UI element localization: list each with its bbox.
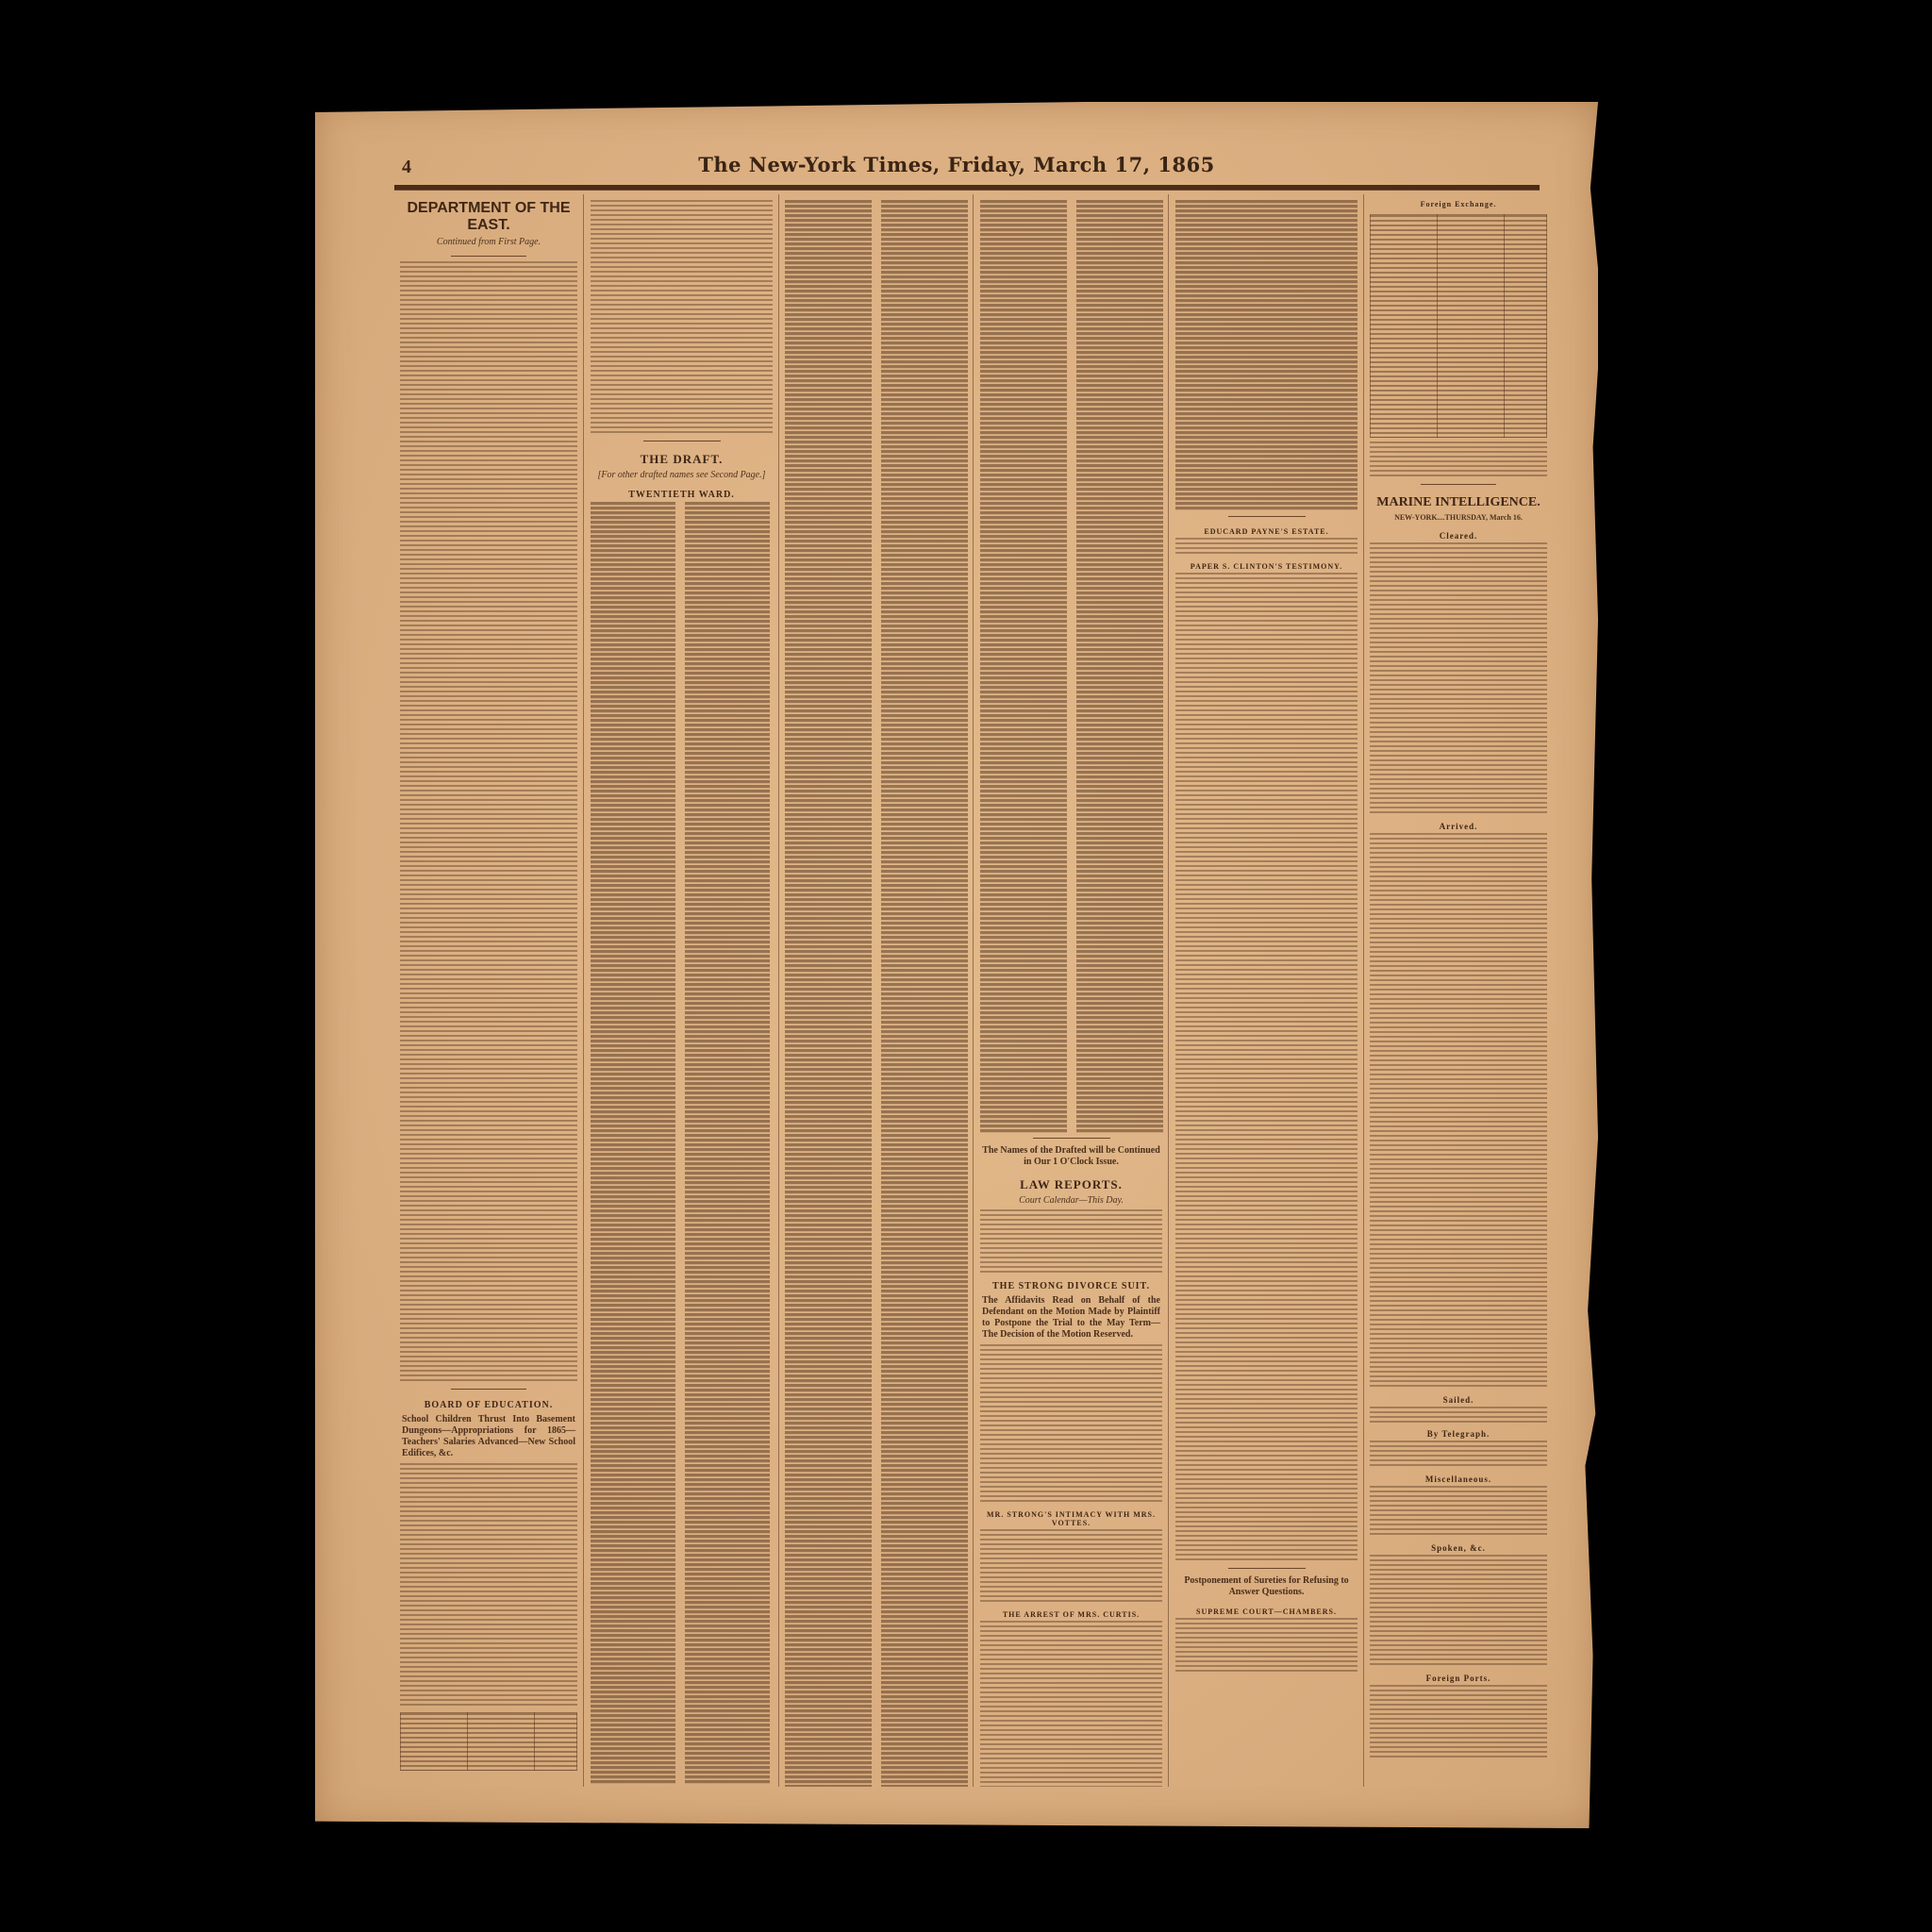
divider xyxy=(1228,516,1306,517)
headline-supreme-court-chambers: SUPREME COURT—CHAMBERS. xyxy=(1170,1602,1363,1618)
headline-arrived: Arrived. xyxy=(1364,816,1553,833)
headline-board-of-education: BOARD OF EDUCATION. xyxy=(394,1394,583,1412)
headline-cleared: Cleared. xyxy=(1364,525,1553,542)
headline-department-of-the-east: DEPARTMENT OF THE EAST. xyxy=(394,194,583,236)
article-body xyxy=(980,1344,1162,1505)
headline-miscellaneous: Miscellaneous. xyxy=(1364,1469,1553,1486)
divider xyxy=(451,1389,526,1390)
foreign-exchange-table xyxy=(1370,214,1547,438)
notice-drafted-names: The Names of the Drafted will be Continu… xyxy=(974,1143,1168,1172)
draft-list-left xyxy=(785,200,872,1787)
article-body xyxy=(1175,573,1357,1563)
deck-board-of-education: School Children Thrust Into Basement Dun… xyxy=(394,1412,583,1463)
subhead-court-calendar: Court Calendar—This Day. xyxy=(974,1194,1168,1209)
masthead: The New-York Times, Friday, March 17, 18… xyxy=(315,153,1598,176)
shipping-list xyxy=(1370,1441,1547,1469)
shipping-list xyxy=(1370,1555,1547,1668)
deck-postponement: Postponement of Sureties for Refusing to… xyxy=(1170,1574,1363,1602)
headline-sailed: Sailed. xyxy=(1364,1390,1553,1407)
column-5: EDUCARD PAYNE'S ESTATE. PAPER S. CLINTON… xyxy=(1170,194,1364,1787)
appropriations-table xyxy=(400,1712,577,1771)
divider xyxy=(643,441,721,441)
article-body xyxy=(400,1463,577,1708)
draft-list-left xyxy=(980,200,1067,1133)
subhead-other-drafted-names: [For other drafted names see Second Page… xyxy=(585,469,778,484)
headline-strong-divorce-suit: THE STRONG DIVORCE SUIT. xyxy=(974,1275,1168,1293)
column-1: DEPARTMENT OF THE EAST. Continued from F… xyxy=(394,194,584,1787)
subhead-new-york-thursday: NEW-YORK....THURSDAY, March 16. xyxy=(1364,512,1553,525)
masthead-rule xyxy=(394,185,1540,191)
shipping-list xyxy=(1370,1685,1547,1760)
draft-list-right xyxy=(1076,200,1163,1133)
headline-foreign-exchange: Foreign Exchange. xyxy=(1364,194,1553,210)
article-body xyxy=(980,1621,1162,1787)
article-body xyxy=(1175,1618,1357,1674)
shipping-list xyxy=(1370,1486,1547,1538)
draft-list-right xyxy=(685,502,770,1785)
column-2: THE DRAFT. [For other drafted names see … xyxy=(585,194,779,1787)
article-body xyxy=(980,1529,1162,1605)
shipping-list xyxy=(1370,833,1547,1390)
headline-by-telegraph: By Telegraph. xyxy=(1364,1424,1553,1441)
headline-clinton-testimony: PAPER S. CLINTON'S TESTIMONY. xyxy=(1170,557,1363,573)
column-6: Foreign Exchange. MARINE INTELLIGENCE. N… xyxy=(1364,194,1553,1787)
headline-marine-intelligence: MARINE INTELLIGENCE. xyxy=(1364,490,1553,512)
subhead-continued: Continued from First Page. xyxy=(394,236,583,251)
headline-arrest-of-mrs-curtis: THE ARREST OF MRS. CURTIS. xyxy=(974,1605,1168,1621)
headline-law-reports: LAW REPORTS. xyxy=(974,1172,1168,1194)
draft-list xyxy=(585,502,778,1785)
draft-list-right xyxy=(881,200,968,1787)
shipping-list xyxy=(1370,1407,1547,1424)
headline-spoken: Spoken, &c. xyxy=(1364,1538,1553,1555)
headline-the-draft: THE DRAFT. xyxy=(585,446,778,469)
article-body xyxy=(1175,538,1357,557)
column-4: The Names of the Drafted will be Continu… xyxy=(974,194,1169,1787)
divider xyxy=(1421,484,1496,485)
shipping-list xyxy=(1370,542,1547,816)
draft-list xyxy=(974,194,1168,1133)
article-body xyxy=(1370,441,1547,479)
article-body xyxy=(400,261,577,1384)
headline-strong-intimacy: MR. STRONG'S INTIMACY WITH MRS. VOTTES. xyxy=(974,1505,1168,1529)
divider xyxy=(451,256,526,257)
divider xyxy=(1228,1568,1306,1569)
headline-twentieth-ward: TWENTIETH WARD. xyxy=(585,484,778,502)
article-body xyxy=(1175,200,1357,511)
headline-payne-estate: EDUCARD PAYNE'S ESTATE. xyxy=(1170,522,1363,538)
divider xyxy=(1033,1138,1110,1139)
headline-foreign-ports: Foreign Ports. xyxy=(1364,1668,1553,1685)
deck-strong-divorce-suit: The Affidavits Read on Behalf of the Def… xyxy=(974,1293,1168,1344)
column-3 xyxy=(779,194,974,1787)
draft-list xyxy=(779,194,973,1787)
draft-list-left xyxy=(591,502,675,1785)
newspaper-page: 4 The New-York Times, Friday, March 17, … xyxy=(315,102,1598,1828)
article-body xyxy=(591,200,773,436)
article-body xyxy=(980,1209,1162,1275)
